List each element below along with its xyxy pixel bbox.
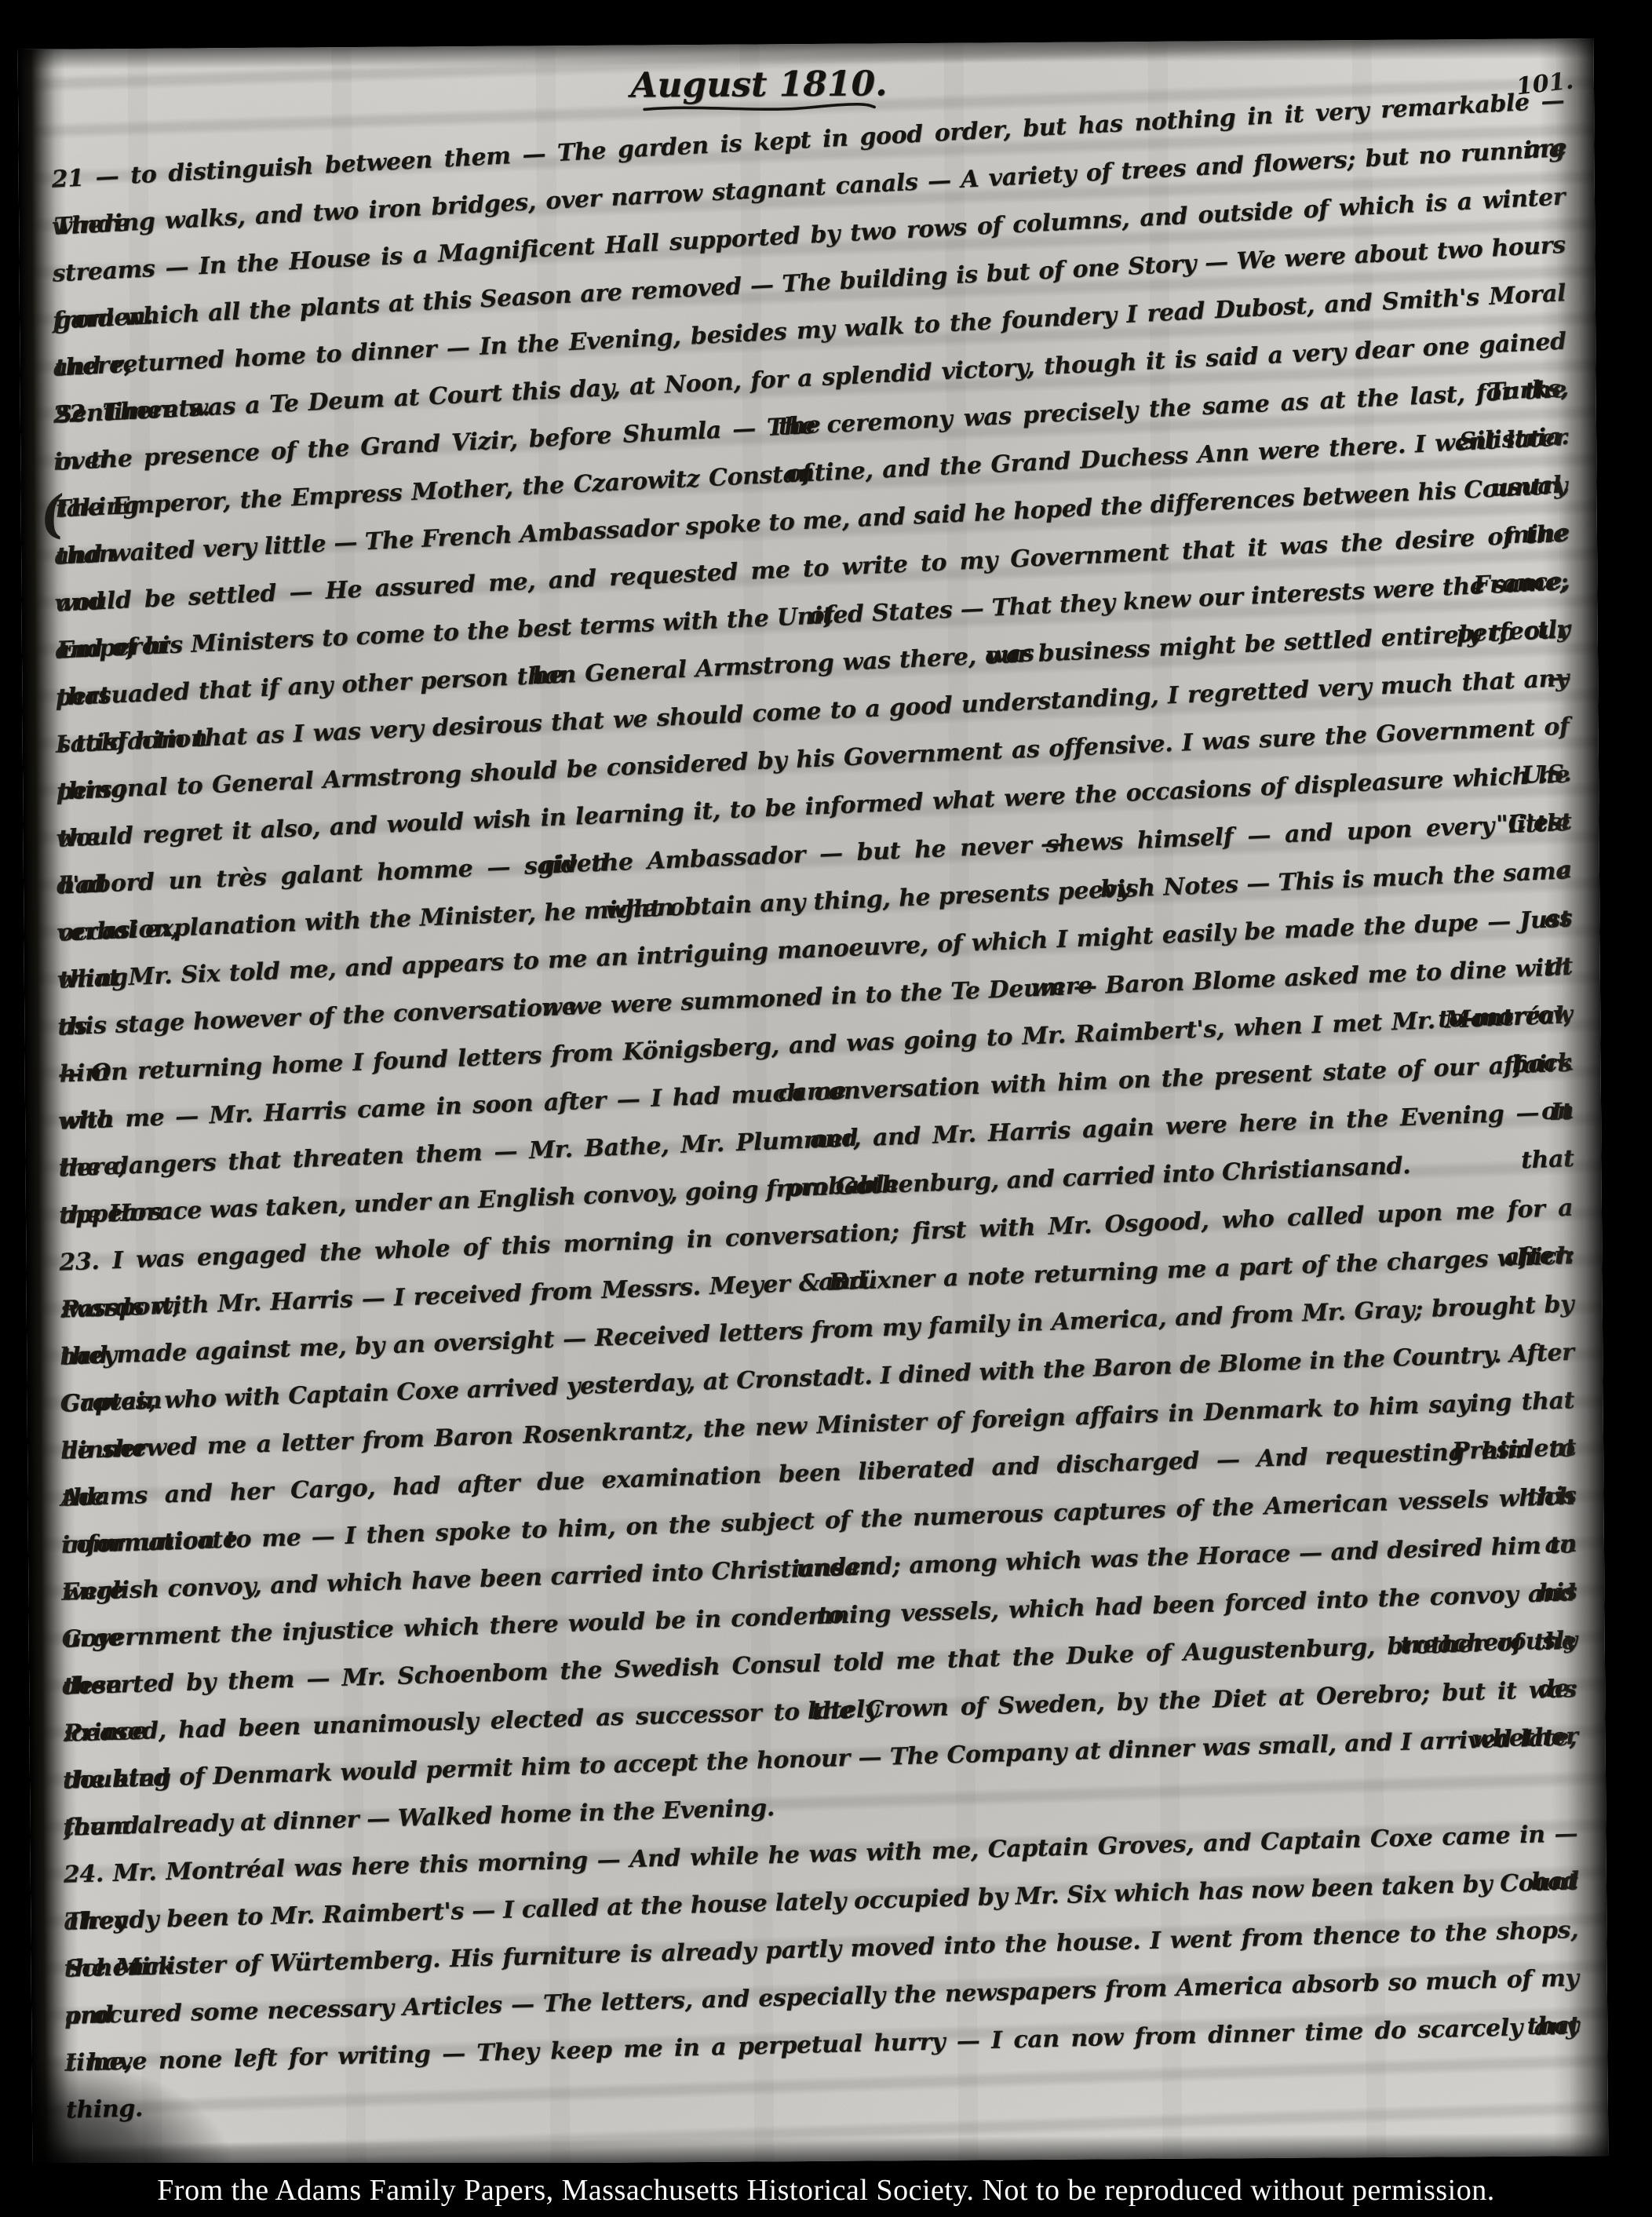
manuscript-text: ( 21 — to distinguish between them — The…	[52, 146, 1580, 2087]
scan-background: August 1810. 101. ( 21 — to distinguish …	[0, 0, 1652, 2217]
credit-line: From the Adams Family Papers, Massachuse…	[157, 2173, 1494, 2208]
credit-bar: From the Adams Family Papers, Massachuse…	[0, 2163, 1652, 2217]
page-heading-text: August 1810.	[630, 64, 887, 105]
page-bottom-edge-shadow	[32, 2132, 1608, 2167]
manuscript-page: August 1810. 101. ( 21 — to distinguish …	[18, 38, 1609, 2167]
